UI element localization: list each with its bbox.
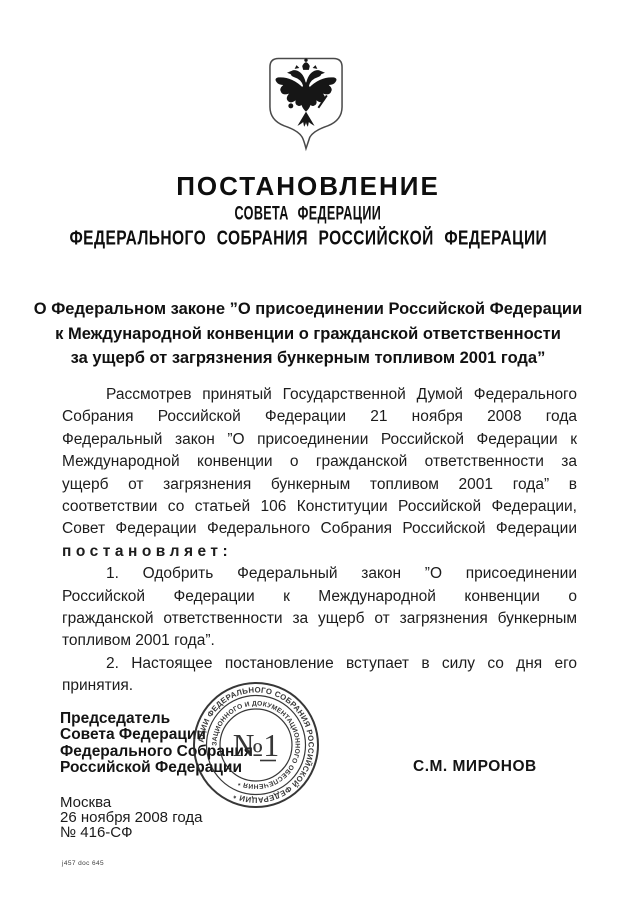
doc-code: j457 doc 645 [62, 860, 104, 867]
document-page: ПОСТАНОВЛЕНИЕ СОВЕТА ФЕДЕРАЦИИ ФЕДЕРАЛЬН… [0, 0, 640, 900]
paragraph-preamble-lines: Рассмотрев принятый Государственной Думо… [62, 384, 577, 541]
subject-heading: О Федеральном законе ”О присоединении Ро… [30, 297, 586, 371]
subject-line: за ущерб от загрязнения бункерным топлив… [30, 346, 586, 371]
paragraph-item-1-lines: 1. Одобрить Федеральный закон ”О присоед… [62, 563, 577, 630]
org-line-1: СОВЕТА ФЕДЕРАЦИИ [235, 202, 382, 225]
stamp-number: №1 [233, 727, 280, 763]
text-line: соответствии со статьей 106 Конституции … [62, 496, 577, 518]
text-line: ущерб от загрязнения бункерным топливом … [62, 474, 577, 496]
text-line: 2. Настоящее постановление вступает в си… [62, 653, 577, 675]
subject-line: О Федеральном законе ”О присоединении Ро… [30, 297, 586, 322]
date-line: 26 ноября 2008 года [60, 810, 202, 825]
text-line: 1. Одобрить Федеральный закон ”О присоед… [62, 563, 577, 585]
signatory-name: С.М. МИРОНОВ [413, 758, 537, 776]
text-line: гражданской ответственности за ущерб от … [62, 608, 577, 630]
text-line: Собрания Российской Федерации 21 ноября … [62, 406, 577, 428]
official-round-stamp: АППАРАТ СОВЕТА ФЕДЕРАЦИИ ФЕДЕРАЛЬНОГО СО… [191, 680, 321, 810]
paragraph-item-1: 1. Одобрить Федеральный закон ”О присоед… [62, 563, 577, 653]
paragraph-item-1-last-line: топливом 2001 года”. [62, 630, 577, 652]
place-line: Москва [60, 795, 111, 810]
russia-coat-of-arms-icon [269, 56, 343, 152]
org-line-2: ФЕДЕРАЛЬНОГО СОБРАНИЯ РОССИЙСКОЙ ФЕДЕРАЦ… [69, 226, 547, 250]
org-line-1-wrap: СОВЕТА ФЕДЕРАЦИИ [0, 203, 616, 224]
document-number: № 416-СФ [60, 825, 133, 840]
subject-line: к Международной конвенции о гражданской … [30, 322, 586, 347]
paragraph-item-2-lines: 2. Настоящее постановление вступает в си… [62, 653, 577, 675]
text-line: Федеральный закон ”О присоединении Росси… [62, 429, 577, 451]
decree-word: постановляет: [62, 541, 577, 563]
text-line: Российской Федерации к Международной кон… [62, 586, 577, 608]
org-line-2-wrap: ФЕДЕРАЛЬНОГО СОБРАНИЯ РОССИЙСКОЙ ФЕДЕРАЦ… [0, 227, 616, 249]
text-line: Международной конвенции о гражданской от… [62, 451, 577, 473]
doc-type-title: ПОСТАНОВЛЕНИЕ [0, 171, 616, 202]
text-line: Рассмотрев принятый Государственной Думо… [62, 384, 577, 406]
text-line: Совет Федерации Федерального Собрания Ро… [62, 518, 577, 540]
body-text: Рассмотрев принятый Государственной Думо… [62, 384, 577, 698]
paragraph-preamble: Рассмотрев принятый Государственной Думо… [62, 384, 577, 563]
